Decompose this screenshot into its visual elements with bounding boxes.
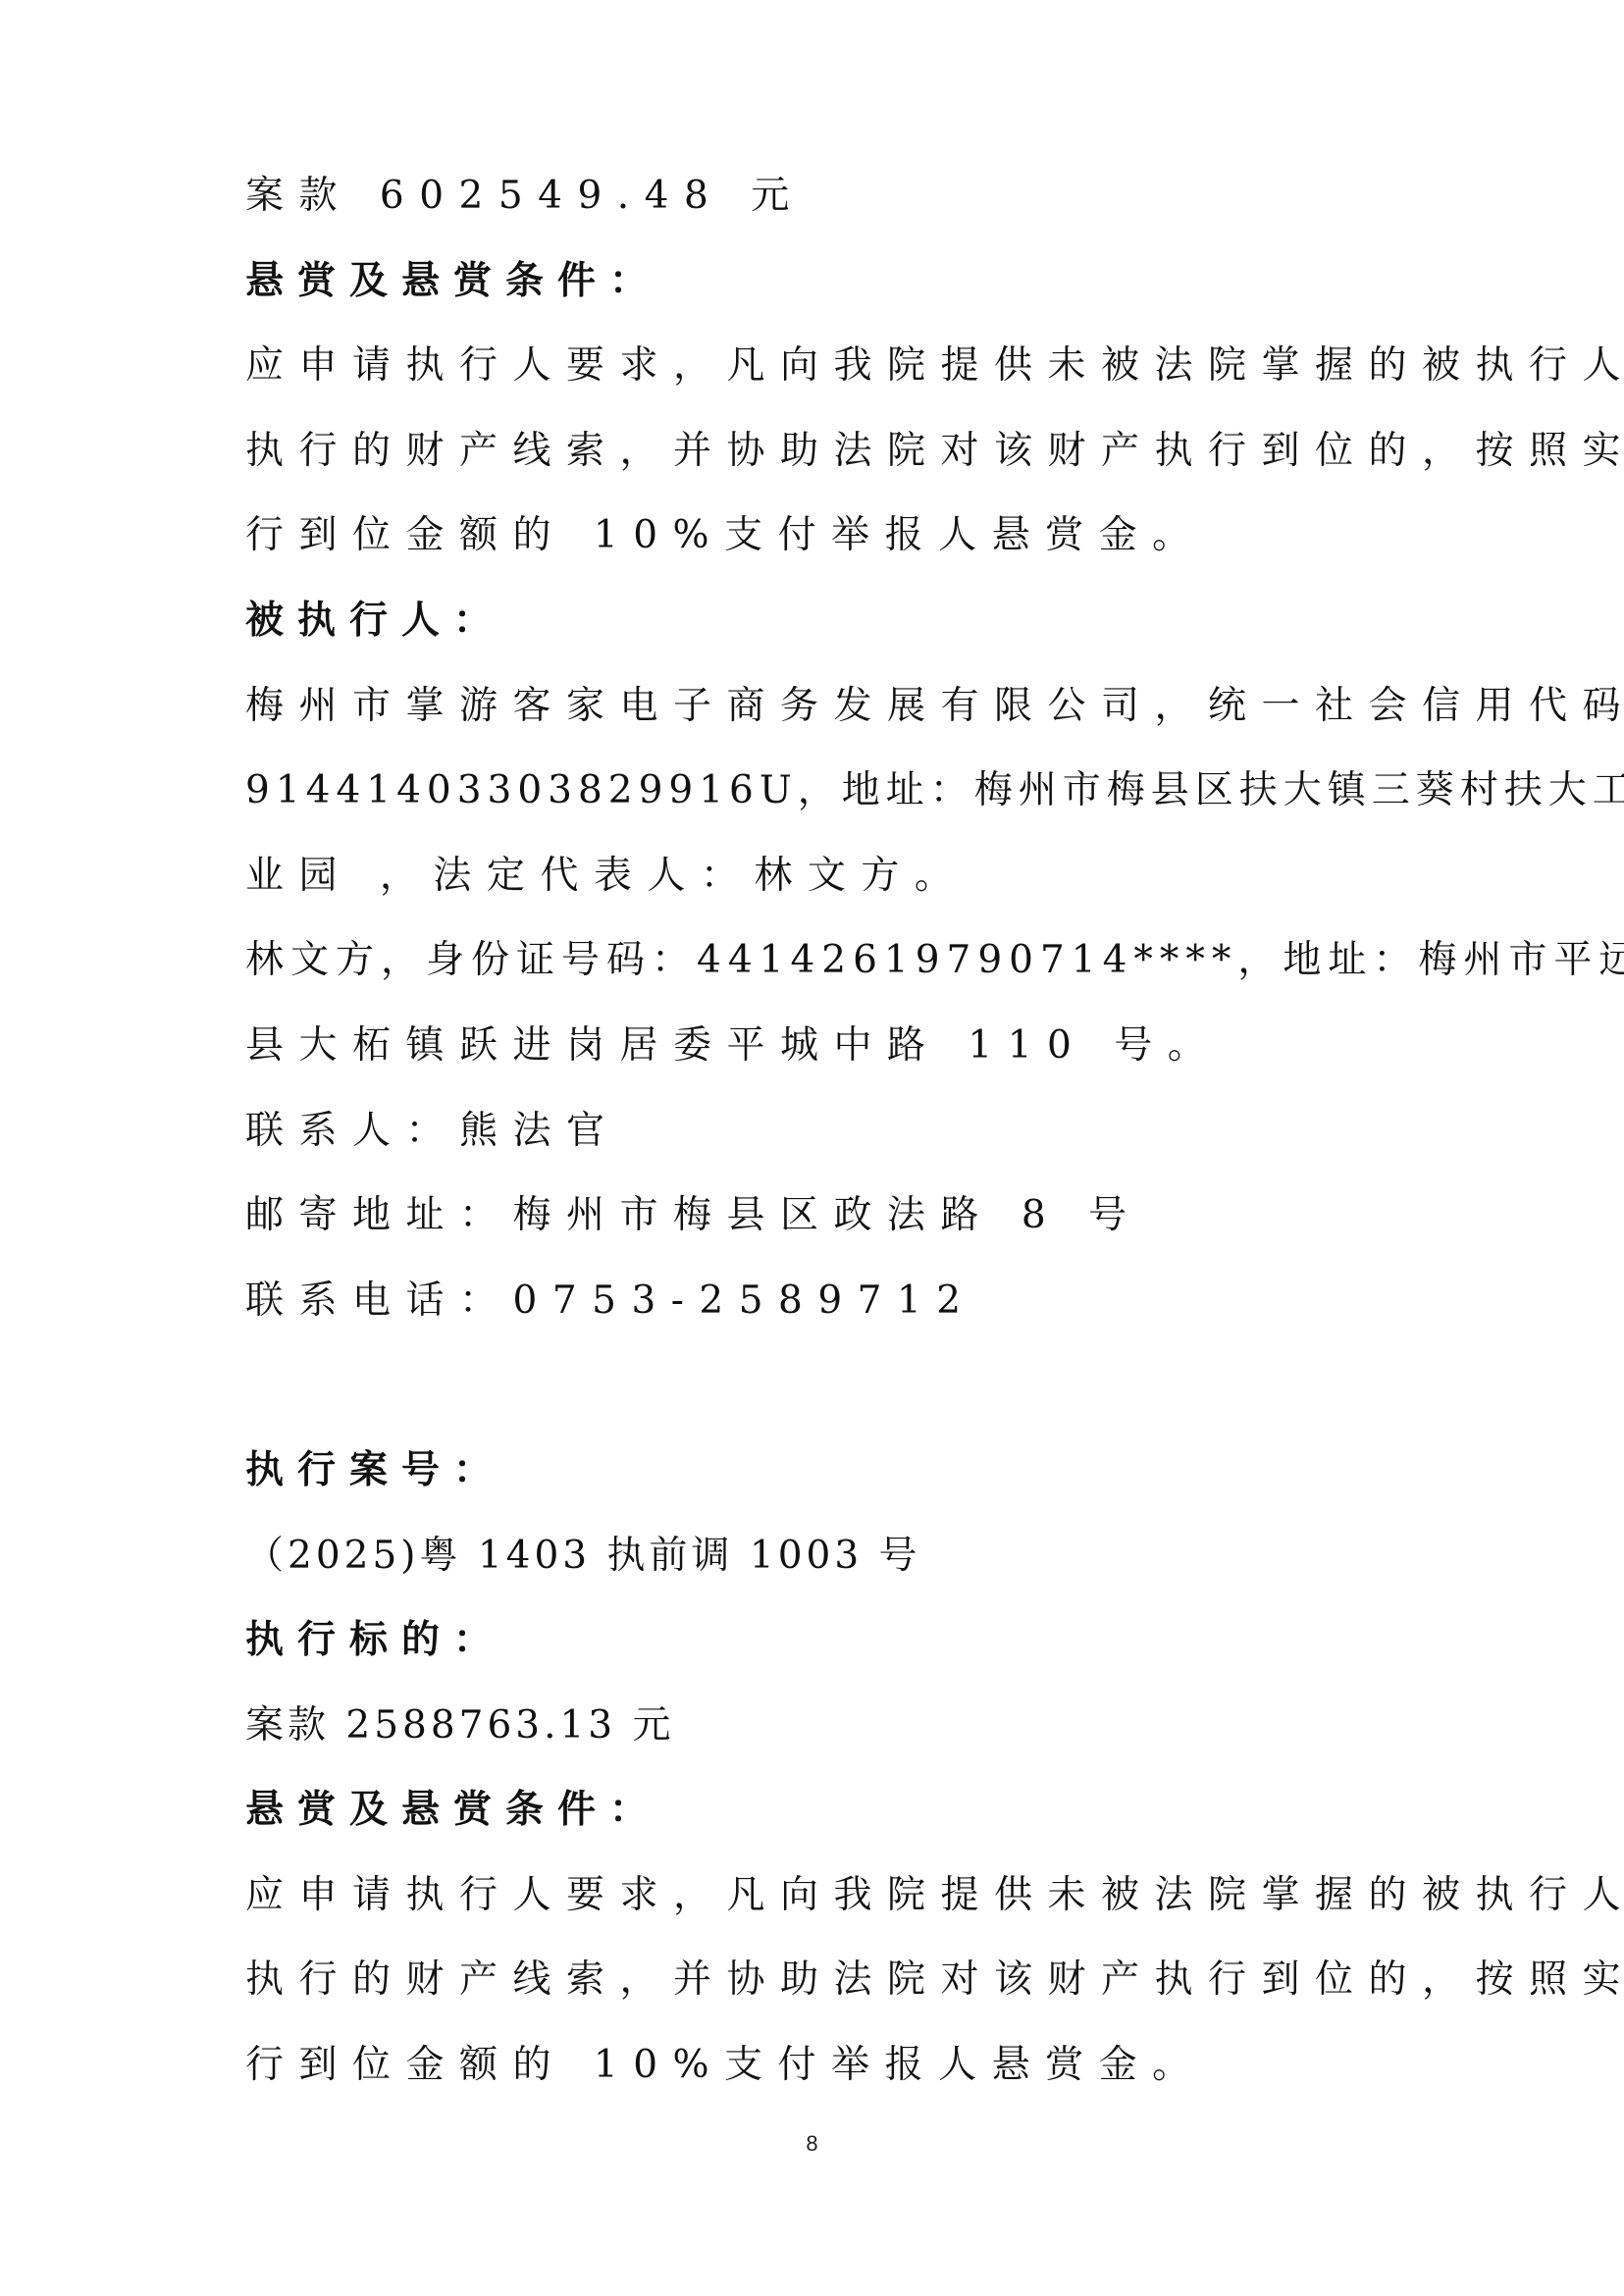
execution-amount: 案款 2588763.13 元 <box>245 1684 1482 1769</box>
mailing-address: 邮寄地址：梅州市梅县区政法路 8 号 <box>245 1174 1482 1259</box>
respondent-text-line: 梅州市掌游客家电子商务发展有限公司，统一社会信用代码： <box>245 664 1482 750</box>
execution-amount: 案款 602549.48 元 <box>245 154 1482 239</box>
reward-conditions-text-line: 行到位金额的 10%支付举报人悬赏金。 <box>245 494 1482 579</box>
respondent-text-line: 91441403303829916U，地址：梅州市梅县区扶大镇三葵村扶大工 <box>245 749 1482 834</box>
contact-phone: 联系电话：0753-2589712 <box>245 1259 1482 1344</box>
case-number: （2025)粤 1403 执前调 1003 号 <box>245 1514 1482 1599</box>
page-number: 8 <box>0 2131 1624 2157</box>
case-number-heading: 执行案号： <box>245 1429 1482 1514</box>
reward-conditions-heading: 悬赏及悬赏条件： <box>245 239 1482 325</box>
section-spacer <box>245 1343 1482 1429</box>
contact-person: 联系人：熊法官 <box>245 1089 1482 1174</box>
respondent-text-line: 县大柘镇跃进岗居委平城中路 110 号。 <box>245 1004 1482 1089</box>
reward-conditions-text-line: 执行的财产线索，并协助法院对该财产执行到位的，按照实际执 <box>245 1938 1482 2023</box>
reward-conditions-text-line: 应申请执行人要求，凡向我院提供未被法院掌握的被执行人可供 <box>245 324 1482 409</box>
document-page: 案款 602549.48 元 悬赏及悬赏条件： 应申请执行人要求，凡向我院提供未… <box>245 154 1482 2109</box>
execution-subject-heading: 执行标的： <box>245 1598 1482 1684</box>
respondent-heading: 被执行人： <box>245 579 1482 664</box>
respondent-text-line: 业园 ，法定代表人：林文方。 <box>245 834 1482 919</box>
respondent-text-line: 林文方，身份证号码：44142619790714****，地址：梅州市平远 <box>245 918 1482 1004</box>
reward-conditions-text-line: 行到位金额的 10%支付举报人悬赏金。 <box>245 2023 1482 2109</box>
reward-conditions-text-line: 执行的财产线索，并协助法院对该财产执行到位的，按照实际执 <box>245 409 1482 495</box>
reward-conditions-text-line: 应申请执行人要求，凡向我院提供未被法院掌握的被执行人可供 <box>245 1853 1482 1939</box>
reward-conditions-heading: 悬赏及悬赏条件： <box>245 1768 1482 1853</box>
